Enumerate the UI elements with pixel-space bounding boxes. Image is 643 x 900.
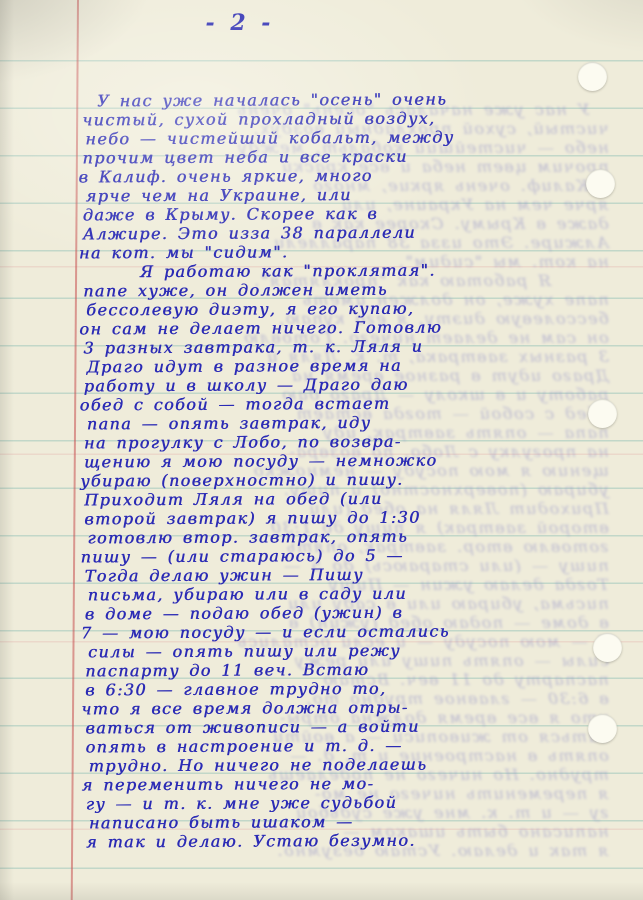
handwriting-body: У нас уже началась "осень" оченьчистый, … <box>82 89 639 852</box>
red-margin-line <box>71 0 79 900</box>
punch-hole <box>593 633 622 662</box>
punch-hole <box>588 714 617 743</box>
handwritten-line: я так и делаю. Устаю безумно. <box>86 830 639 852</box>
page-number: - 2 - <box>0 10 480 36</box>
punch-hole <box>588 399 617 428</box>
letter-page: У нас уже началась "осень" оченьчистый, … <box>0 0 643 900</box>
punch-hole <box>586 169 615 198</box>
punch-hole <box>578 62 607 91</box>
